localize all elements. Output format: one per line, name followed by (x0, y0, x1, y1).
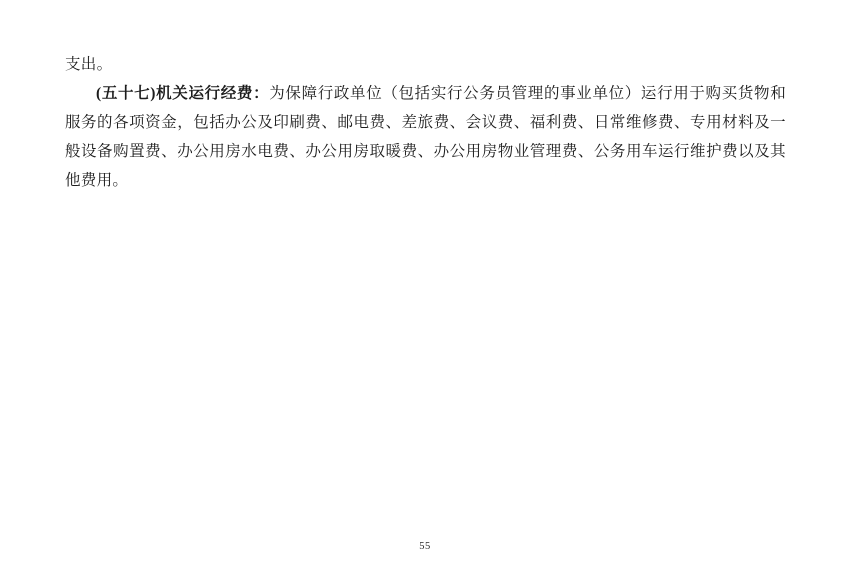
document-page: 支出。 (五十七)机关运行经费：为保障行政单位（包括实行公务员管理的事业单位）运… (0, 0, 850, 587)
page-footer: 55 (0, 536, 850, 554)
paragraph-continuation: 支出。 (65, 50, 786, 79)
paragraph-item-57-heading: (五十七)机关运行经费： (96, 85, 269, 102)
document-content: 支出。 (五十七)机关运行经费：为保障行政单位（包括实行公务员管理的事业单位）运… (65, 50, 786, 195)
paragraph-item-57: (五十七)机关运行经费：为保障行政单位（包括实行公务员管理的事业单位）运行用于购… (65, 79, 786, 195)
page-number: 55 (419, 541, 431, 552)
